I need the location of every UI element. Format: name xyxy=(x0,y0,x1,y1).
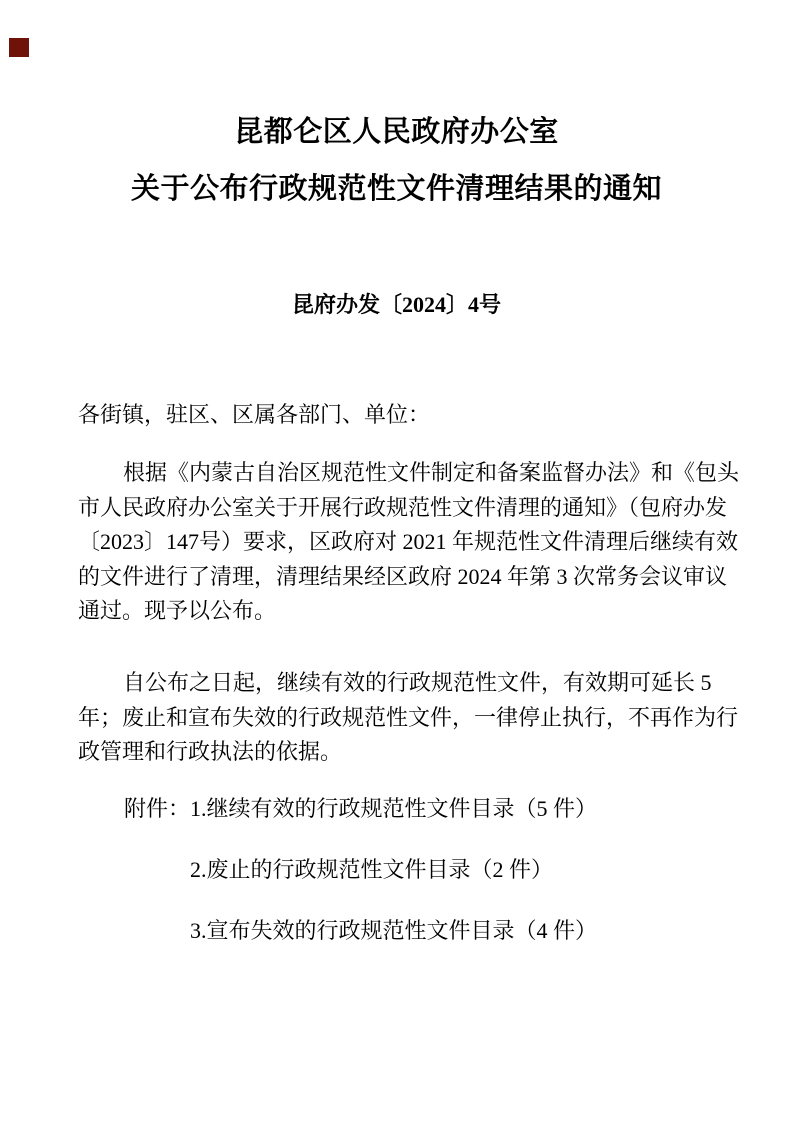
paragraph-1-line-4: 的文件进行了清理，清理结果经区政府 2024 年第 3 次常务会议审议 xyxy=(78,560,723,595)
paragraph-2: 自公布之日起，继续有效的行政规范性文件，有效期可延长 5 年；废止和宣布失效的行… xyxy=(78,666,723,770)
paragraph-2-line-2: 年；废止和宣布失效的行政规范性文件，一律停止执行，不再作为行 xyxy=(78,701,723,736)
document-page: 昆都仑区人民政府办公室 关于公布行政规范性文件清理结果的通知 昆府办发〔2024… xyxy=(0,0,793,1122)
attachment-item-1: 附件：1.继续有效的行政规范性文件目录（5 件） xyxy=(124,794,597,824)
paragraph-1-line-5: 通过。现予以公布。 xyxy=(78,594,723,629)
document-number: 昆府办发〔2024〕4号 xyxy=(0,290,793,320)
paragraph-1: 根据《内蒙古自治区规范性文件制定和备案监督办法》和《包头 市人民政府办公室关于开… xyxy=(78,456,723,629)
document-title-line-1: 昆都仑区人民政府办公室 xyxy=(0,114,793,150)
attachment-item-2: 2.废止的行政规范性文件目录（2 件） xyxy=(190,855,553,885)
paragraph-1-line-2: 市人民政府办公室关于开展行政规范性文件清理的通知》（包府办发 xyxy=(78,491,723,526)
attachment-item-3: 3.宣布失效的行政规范性文件目录（4 件） xyxy=(190,916,597,946)
paragraph-1-line-3: 〔2023〕147号）要求，区政府对 2021 年规范性文件清理后继续有效 xyxy=(78,525,723,560)
salutation: 各街镇，驻区、区属各部门、单位： xyxy=(78,400,430,430)
document-title-line-2: 关于公布行政规范性文件清理结果的通知 xyxy=(0,171,793,207)
paragraph-2-line-1: 自公布之日起，继续有效的行政规范性文件，有效期可延长 5 xyxy=(78,666,723,701)
red-square-decoration xyxy=(9,38,29,57)
paragraph-2-line-3: 政管理和行政执法的依据。 xyxy=(78,735,723,770)
paragraph-1-line-1: 根据《内蒙古自治区规范性文件制定和备案监督办法》和《包头 xyxy=(78,456,723,491)
